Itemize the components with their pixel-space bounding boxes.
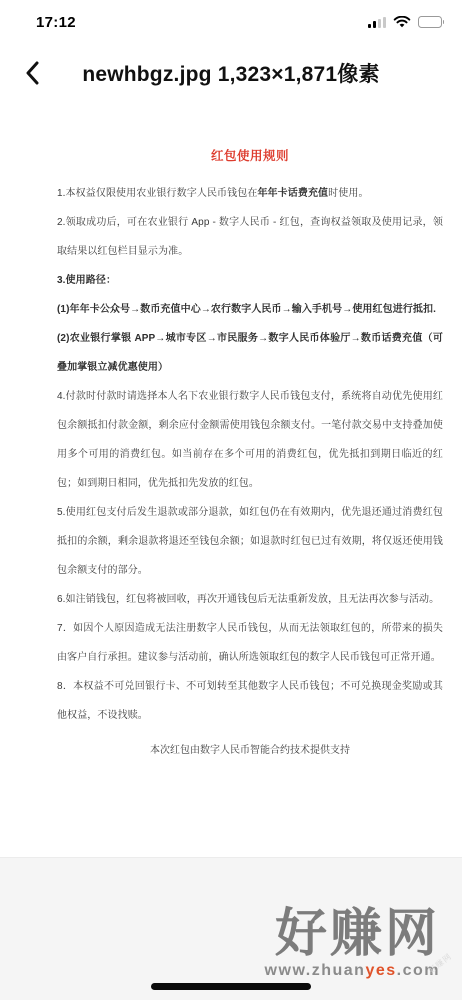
rule-paragraphs: 1.本权益仅限使用农业银行数字人民币钱包在年年卡话费充值时使用。2.领取成功后，…	[57, 179, 443, 730]
document-heading: 红包使用规则	[57, 146, 443, 164]
document-footer-note: 本次红包由数字人民币智能合约技术提供支持	[57, 736, 443, 765]
rule-paragraph: (1)年年卡公众号→数币充值中心→农行数字人民币→输入手机号→使用红包进行抵扣.	[57, 295, 443, 324]
back-button[interactable]	[16, 56, 48, 90]
watermark-url: www.zhuanyes.com	[265, 963, 440, 979]
nav-bar: newhbgz.jpg 1,323×1,871像素	[0, 44, 462, 102]
page-title: newhbgz.jpg 1,323×1,871像素	[0, 58, 462, 88]
battery-icon	[418, 16, 445, 28]
site-watermark: 好赚网 www.zhuanyes.com 好赚网	[265, 908, 440, 979]
screen: 17:12 newhbgz.jpg 1,323	[0, 0, 462, 1000]
rule-paragraph: 2.领取成功后，可在农业银行 App - 数字人民币 - 红包，查询权益领取及使…	[57, 208, 443, 266]
chevron-left-icon	[25, 61, 39, 85]
rule-paragraph: (2)农业银行掌银 APP→城市专区→市民服务→数字人民币体验厅→数币话费充值（…	[57, 324, 443, 382]
home-indicator[interactable]	[151, 983, 311, 990]
rule-paragraph: 5.使用红包支付后发生退款或部分退款，如红包仍在有效期内，优先退还通过消费红包抵…	[57, 498, 443, 585]
rule-paragraph: 8．本权益不可兑回银行卡、不可划转至其他数字人民币钱包；不可兑换现金奖励或其他权…	[57, 672, 443, 730]
wifi-icon	[393, 16, 411, 29]
image-viewer-content[interactable]: 红包使用规则 1.本权益仅限使用农业银行数字人民币钱包在年年卡话费充值时使用。2…	[57, 146, 443, 765]
rule-paragraph: 3.使用路径：	[57, 266, 443, 295]
watermark-site-name: 好赚网	[265, 908, 440, 960]
status-bar: 17:12	[0, 0, 462, 44]
rule-paragraph: 1.本权益仅限使用农业银行数字人民币钱包在年年卡话费充值时使用。	[57, 179, 443, 208]
status-time: 17:12	[36, 14, 76, 31]
rule-paragraph: 6.如注销钱包，红包将被回收，再次开通钱包后无法重新发放，且无法再次参与活动。	[57, 585, 443, 614]
rule-paragraph: 4.付款时付款时请选择本人名下农业银行数字人民币钱包支付，系统将自动优先使用红包…	[57, 382, 443, 498]
status-icons	[368, 16, 445, 29]
cellular-signal-icon	[368, 17, 386, 28]
rule-paragraph: 7．如因个人原因造成无法注册数字人民币钱包，从而无法领取红包的，所带来的损失由客…	[57, 614, 443, 672]
